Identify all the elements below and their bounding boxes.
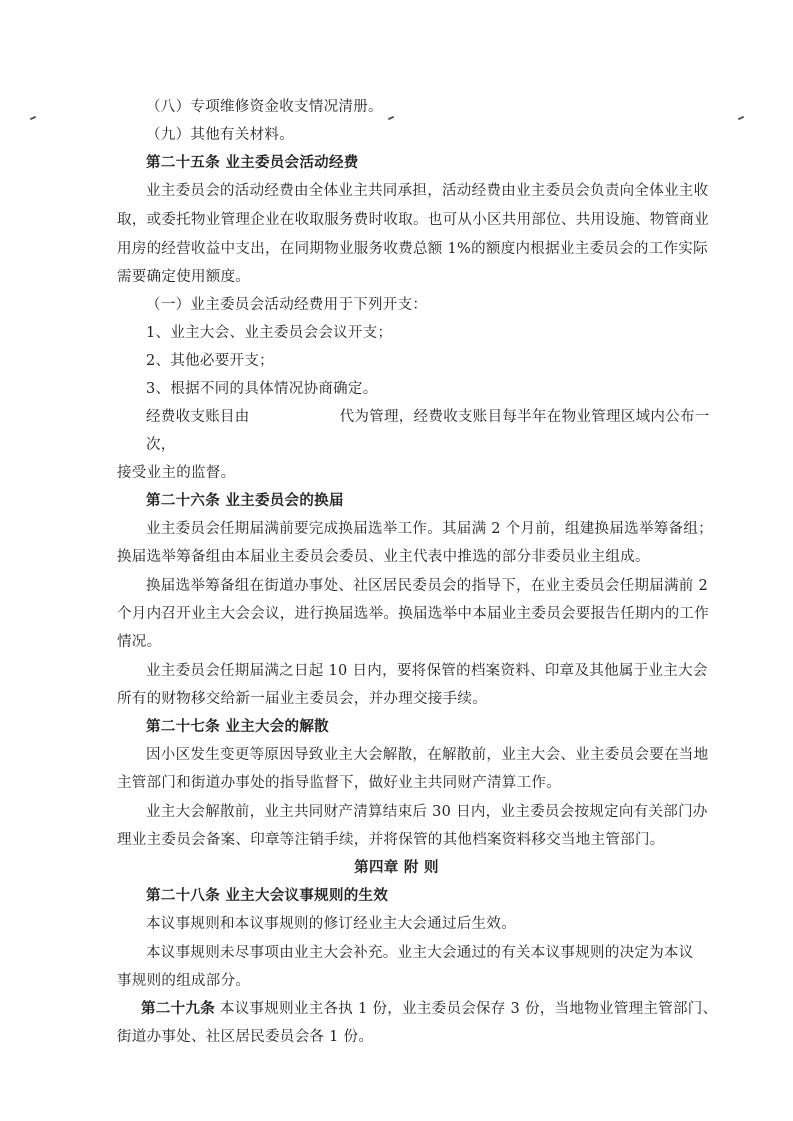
text-after-blank: 代为管理，经费收支账目每半年在物业管理区域内公布一 bbox=[340, 409, 710, 425]
article-heading: 第二十八条 业主大会议事规则的生效 bbox=[146, 886, 388, 906]
scan-mark bbox=[30, 116, 36, 120]
paragraph-line: 情况。 bbox=[117, 632, 161, 652]
chapter-heading: 第四章 附 则 bbox=[0, 858, 793, 878]
paragraph-line: 业主委员会任期届满之日起 10 日内，要将保管的档案资料、印章及其他属于业主大会 bbox=[146, 661, 708, 681]
article-heading: 第二十六条 业主委员会的换届 bbox=[146, 491, 344, 511]
paragraph-line: 因小区发生变更等原因导致业主大会解散，在解散前，业主大会、业主委员会要在当地 bbox=[146, 745, 708, 765]
article-29-label: 第二十九条 bbox=[141, 1000, 215, 1017]
article-heading: 第二十五条 业主委员会活动经费 bbox=[146, 153, 359, 173]
paragraph-line: 3、根据不同的具体情况协商确定。 bbox=[146, 379, 378, 399]
text-before-blank: 经费收支账目由 bbox=[146, 409, 250, 425]
paragraph-line: （八）专项维修资金收支情况清册。 bbox=[146, 97, 383, 117]
paragraph-line: 取，或委托物业管理企业在收取服务费时收取。也可从小区共用部位、共用设施、物管商业 bbox=[117, 210, 709, 230]
paragraph-line: 本议事规则未尽事项由业主大会补充。业主大会通过的有关本议事规则的决定为本议 bbox=[146, 943, 694, 963]
paragraph-line: 接受业主的监督。 bbox=[117, 463, 235, 483]
paragraph-line: 业主委员会任期届满前要完成换届选举工作。其届满 2 个月前，组建换届选举筹备组； bbox=[146, 519, 713, 539]
article-29-line: 第二十九条 本议事规则业主各执 1 份，业主委员会保存 3 份，当地物业管理主管… bbox=[141, 999, 717, 1019]
paragraph-line: 用房的经营收益中支出，在同期物业服务收费总额 1%的额度内根据业主委员会的工作实… bbox=[117, 239, 708, 259]
scan-mark bbox=[738, 116, 744, 120]
paragraph-line: 业主大会解散前，业主共同财产清算结束后 30 日内，业主委员会按规定向有关部门办 bbox=[146, 802, 708, 822]
paragraph-line: 个月内召开业主大会会议，进行换届选举。换届选举中本届业主委员会要报告任期内的工作 bbox=[117, 604, 709, 624]
document-page: （八）专项维修资金收支情况清册。（九）其他有关材料。第二十五条 业主委员会活动经… bbox=[0, 0, 793, 1121]
paragraph-line: 2、其他必要开支； bbox=[146, 351, 274, 371]
paragraph-line: 事规则的组成部分。 bbox=[117, 971, 250, 991]
paragraph-line: 理业主委员会备案、印章等注销手续，并将保管的其他档案资料移交当地主管部门。 bbox=[117, 830, 665, 850]
paragraph-line: 所有的财物移交给新一届业主委员会，并办理交接手续。 bbox=[117, 689, 487, 709]
paragraph-line: 换届选举筹备组由本届业主委员会委员、业主代表中推选的部分非委员业主组成。 bbox=[117, 547, 650, 567]
paragraph-line: 业主委员会的活动经费由全体业主共同承担，活动经费由业主委员会负责向全体业主收 bbox=[146, 181, 708, 201]
paragraph-line: （九）其他有关材料。 bbox=[146, 125, 294, 145]
paragraph-line: 次， bbox=[146, 435, 176, 455]
paragraph-line: 需要确定使用额度。 bbox=[117, 267, 250, 287]
paragraph-line: 主管部门和街道办事处的指导监督下，做好业主共同财产清算工作。 bbox=[117, 773, 561, 793]
article-29-text: 本议事规则业主各执 1 份，业主委员会保存 3 份，当地物业管理主管部门、 bbox=[215, 1001, 717, 1017]
paragraph-line: 本议事规则和本议事规则的修订经业主大会通过后生效。 bbox=[146, 914, 516, 934]
paragraph-line: （一）业主委员会活动经费用于下列开支： bbox=[146, 295, 427, 315]
paragraph-line-fund-account: 经费收支账目由代为管理，经费收支账目每半年在物业管理区域内公布一 bbox=[146, 407, 710, 427]
article-heading: 第二十七条 业主大会的解散 bbox=[146, 717, 329, 737]
paragraph-line: 换届选举筹备组在街道办事处、社区居民委员会的指导下，在业主委员会任期届满前 2 bbox=[146, 576, 708, 596]
article-29-continuation: 街道办事处、社区居民委员会各 1 份。 bbox=[117, 1027, 373, 1047]
scan-mark bbox=[388, 116, 394, 120]
paragraph-line: 1、业主大会、业主委员会会议开支； bbox=[146, 323, 392, 343]
